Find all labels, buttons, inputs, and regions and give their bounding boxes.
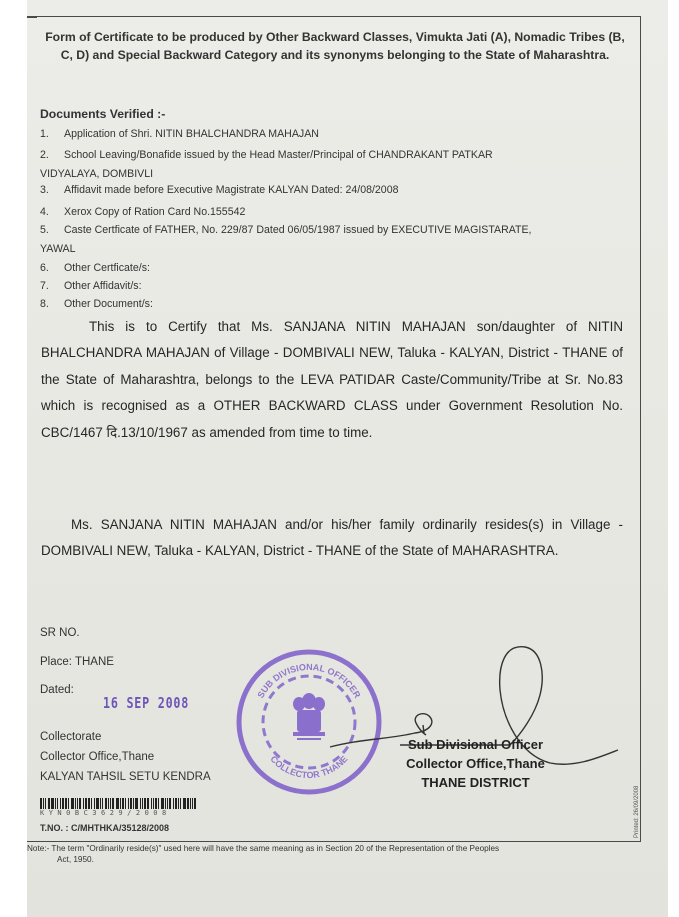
- printed-date-vertical: Printed: 26/09/2008: [634, 786, 640, 838]
- document-text: Other Document/s:: [64, 298, 153, 310]
- document-text: Caste Certficate of FATHER, No. 229/87 D…: [64, 224, 532, 236]
- document-item: 8.Other Document/s:: [40, 298, 153, 310]
- office-line-2: Collector Office,Thane: [40, 751, 154, 763]
- footnote-line-2: Act, 1950.: [27, 854, 647, 865]
- document-text: Affidavit made before Executive Magistra…: [64, 184, 398, 196]
- document-text: VIDYALAYA, DOMBIVLI: [40, 168, 153, 180]
- document-number: 8.: [40, 298, 64, 310]
- office-line-3: KALYAN TAHSIL SETU KENDRA: [40, 771, 211, 783]
- footnote: Note:- The term "Ordinarily reside(s)" u…: [27, 843, 647, 865]
- date-stamp: 16 SEP 2008: [103, 694, 189, 712]
- officer-designation: Sub Divisional Officer Collector Office,…: [388, 735, 563, 792]
- document-text: Other Certficate/s:: [64, 262, 150, 274]
- document-text: YAWAL: [40, 243, 76, 255]
- residence-text: Ms. SANJANA NITIN MAHAJAN and/or his/her…: [41, 517, 623, 558]
- certify-text: This is to Certify that Ms. SANJANA NITI…: [41, 319, 623, 440]
- office-line-1: Collectorate: [40, 731, 101, 743]
- document-number: 7.: [40, 280, 64, 292]
- border-corner: [27, 16, 37, 18]
- token-number: T.NO. : C/MHTHKA/35128/2008: [40, 823, 169, 833]
- document-text: Xerox Copy of Ration Card No.155542: [64, 206, 245, 218]
- officer-line-2: Collector Office,Thane: [388, 754, 563, 773]
- document-item: 1.Application of Shri. NITIN BHALCHANDRA…: [40, 128, 319, 140]
- document-number: 3.: [40, 184, 64, 196]
- document-text: Application of Shri. NITIN BHALCHANDRA M…: [64, 128, 319, 140]
- barcode-number: KYN0BC3629/2008: [40, 809, 234, 817]
- document-item: 3.Affidavit made before Executive Magist…: [40, 184, 398, 196]
- dated-label: Dated:: [40, 684, 74, 696]
- document-item: YAWAL: [40, 243, 76, 255]
- document-text: Other Affidavit/s:: [64, 280, 142, 292]
- document-item: 2.School Leaving/Bonafide issued by the …: [40, 149, 493, 161]
- barcode: [40, 798, 234, 809]
- certify-paragraph: This is to Certify that Ms. SANJANA NITI…: [41, 314, 623, 446]
- document-item: 4.Xerox Copy of Ration Card No.155542: [40, 206, 245, 218]
- officer-line-1: Sub Divisional Officer: [388, 735, 563, 754]
- residence-paragraph: Ms. SANJANA NITIN MAHAJAN and/or his/her…: [41, 512, 623, 565]
- document-text: School Leaving/Bonafide issued by the He…: [64, 149, 493, 161]
- certificate-title: Form of Certificate to be produced by Ot…: [40, 29, 630, 64]
- footnote-line-1: Note:- The term "Ordinarily reside(s)" u…: [27, 844, 499, 853]
- document-number: 1.: [40, 128, 64, 140]
- document-number: 4.: [40, 206, 64, 218]
- document-item: VIDYALAYA, DOMBIVLI: [40, 168, 153, 180]
- document-item: 5.Caste Certficate of FATHER, No. 229/87…: [40, 224, 532, 236]
- sr-no-label: SR NO.: [40, 627, 80, 639]
- document-number: 5.: [40, 224, 64, 236]
- document-number: 2.: [40, 149, 64, 161]
- document-item: 7.Other Affidavit/s:: [40, 280, 142, 292]
- document-number: 6.: [40, 262, 64, 274]
- documents-verified-heading: Documents Verified :-: [40, 107, 165, 121]
- officer-line-3: THANE DISTRICT: [388, 773, 563, 792]
- document-item: 6.Other Certficate/s:: [40, 262, 150, 274]
- place-label: Place: THANE: [40, 656, 114, 668]
